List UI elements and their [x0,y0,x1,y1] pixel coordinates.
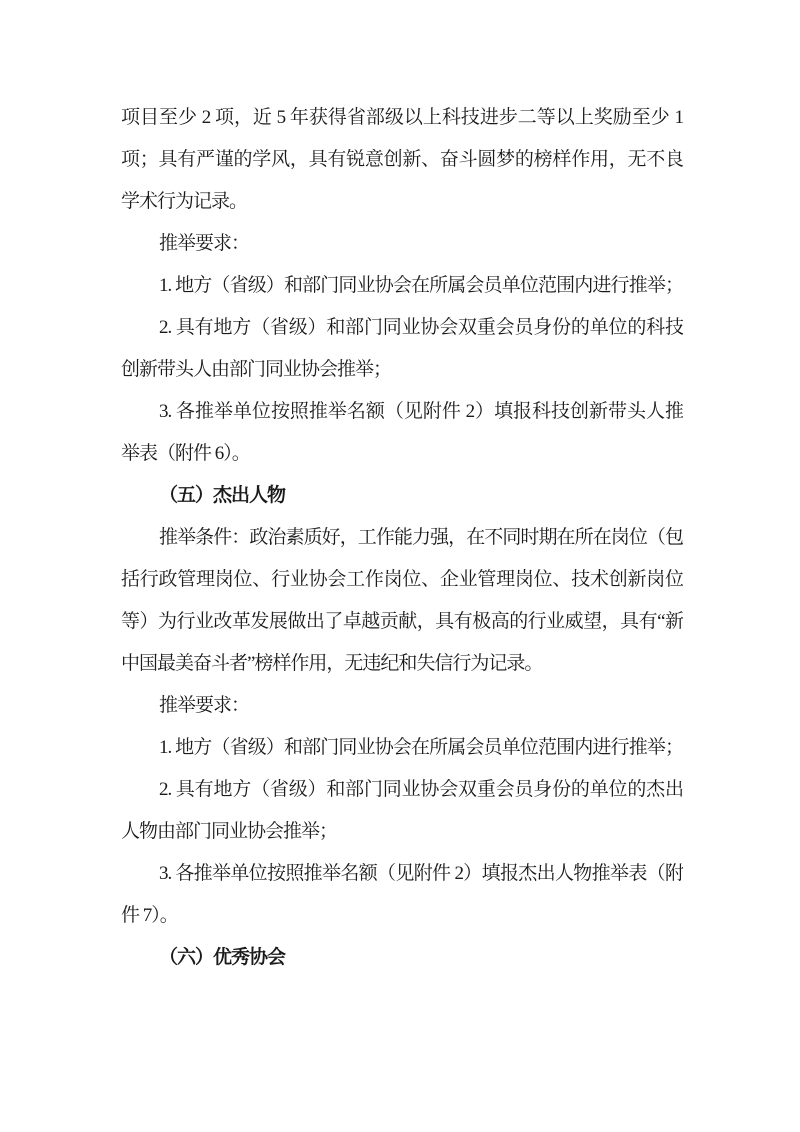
text-line: 推举要求： [121,223,683,265]
text-line: 创新带头人由部门同业协会推举； [121,349,683,391]
text-line: 项目至少 2 项，近 5 年获得省部级以上科技进步二等以上奖励至少 1 [121,97,683,139]
text-line: 学术行为记录。 [121,181,683,223]
text-line: 举表（附件 6）。 [121,433,683,475]
list-item-1: 1. 地方（省级）和部门同业协会在所属会员单位范围内进行推举； [121,727,683,769]
text-line: 人物由部门同业协会推举； [121,811,683,853]
list-item-2: 2. 具有地方（省级）和部门同业协会双重会员身份的单位的杰出 [121,769,683,811]
list-item-2: 2. 具有地方（省级）和部门同业协会双重会员身份的单位的科技 [121,307,683,349]
text-line: 括行政管理岗位、行业协会工作岗位、企业管理岗位、技术创新岗位 [121,559,683,601]
text-line: 件 7）。 [121,895,683,937]
text-line: 推举要求： [121,685,683,727]
text-line: 项；具有严谨的学风，具有锐意创新、奋斗圆梦的榜样作用，无不良 [121,139,683,181]
text-line: 中国最美奋斗者”榜样作用，无违纪和失信行为记录。 [121,643,683,685]
list-item-3: 3. 各推举单位按照推举名额（见附件 2）填报杰出人物推举表（附 [121,853,683,895]
list-item-3: 3. 各推举单位按照推举名额（见附件 2）填报科技创新带头人推 [121,391,683,433]
section-heading-6: （六）优秀协会 [121,937,683,979]
list-item-1: 1. 地方（省级）和部门同业协会在所属会员单位范围内进行推举； [121,265,683,307]
document-page: 项目至少 2 项，近 5 年获得省部级以上科技进步二等以上奖励至少 1 项；具有… [0,0,800,1132]
section-heading-5: （五）杰出人物 [121,475,683,517]
text-line: 推举条件：政治素质好，工作能力强，在不同时期在所在岗位（包 [121,517,683,559]
text-line: 等）为行业改革发展做出了卓越贡献，具有极高的行业威望，具有“新 [121,601,683,643]
